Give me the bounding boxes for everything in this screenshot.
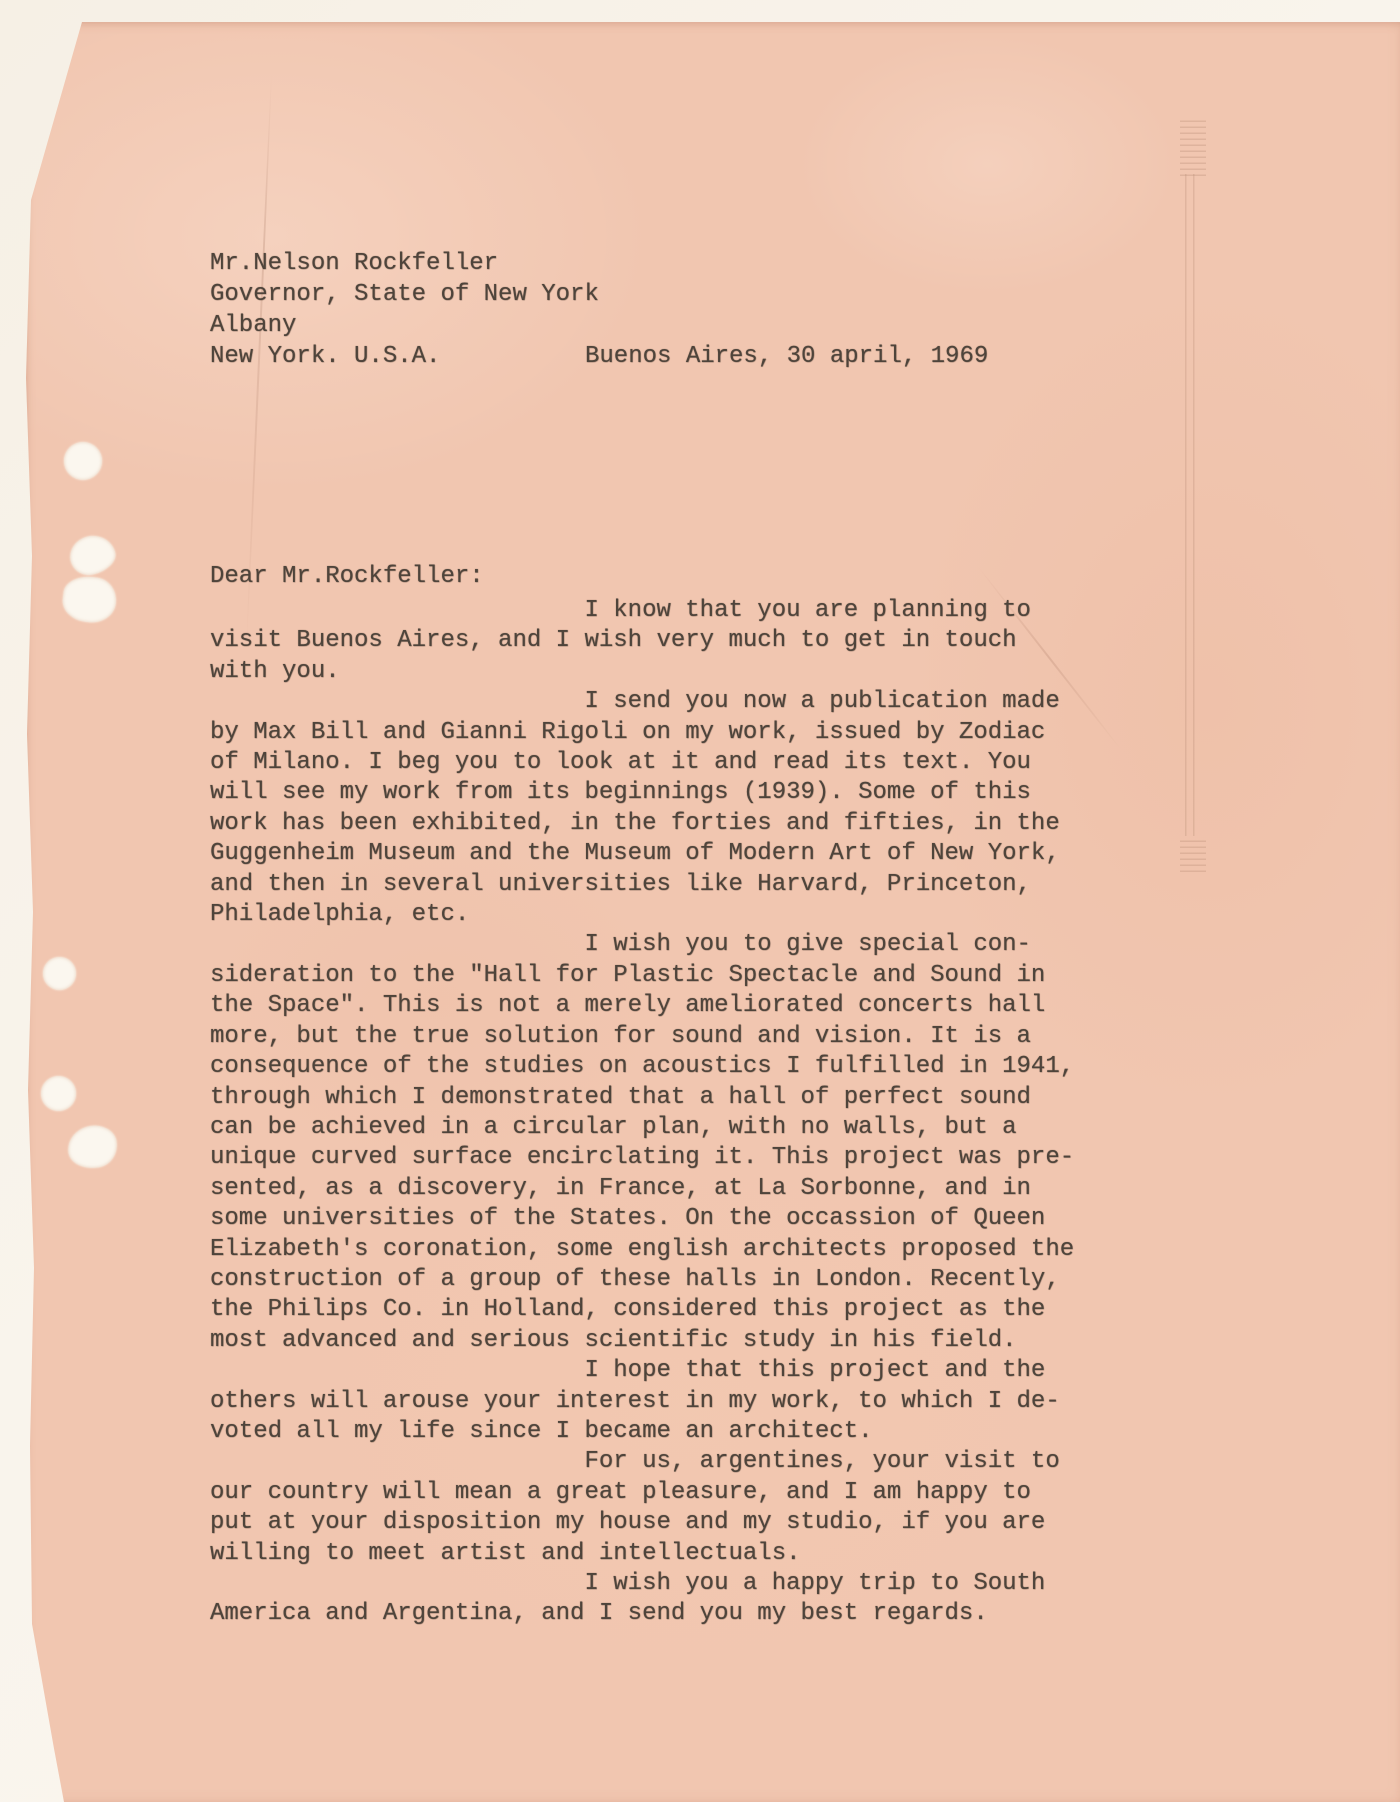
letter-scan: Mr.Nelson Rockfeller Governor, State of … [0,0,1400,1802]
punch-hole [64,442,102,480]
punch-hole [41,1076,76,1111]
edge-hatch-bottom [1180,836,1206,872]
recipient-address: Mr.Nelson Rockfeller Governor, State of … [210,248,599,372]
dateline: Buenos Aires, 30 april, 1969 [585,341,988,372]
edge-hatch-top [1180,116,1206,176]
punch-hole [43,957,76,990]
edge-vertical-lines [1185,174,1201,836]
page-edge-binding-marks [1178,116,1208,872]
salutation: Dear Mr.Rockfeller: [210,562,484,592]
letter-body: I know that you are planning to visit Bu… [210,596,1074,1630]
